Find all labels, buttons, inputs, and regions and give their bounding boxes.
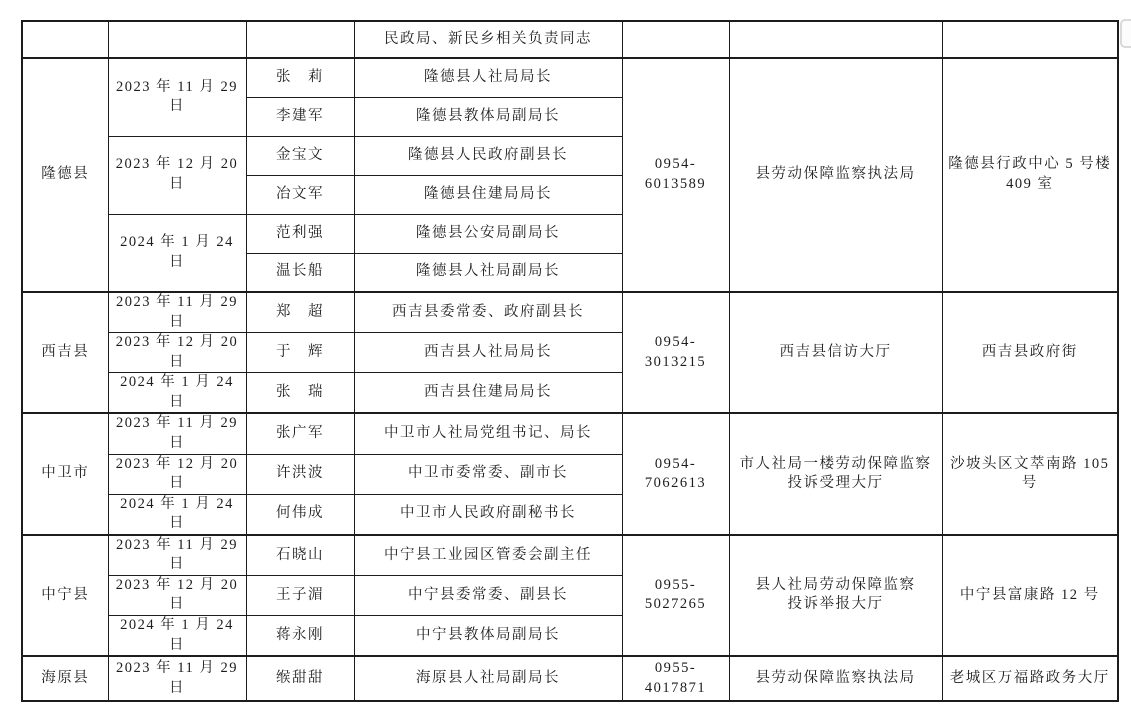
title-cell: 中宁县工业园区管委会副主任 [354,535,622,576]
title-cell: 隆德县人社局局长 [354,58,622,97]
title-cell: 西吉县住建局局长 [354,373,622,414]
date-cell: 2023 年 11 月 29 日 [108,413,246,454]
name-cell: 李建军 [246,97,354,136]
title-cell: 中卫市人民政府副秘书长 [354,494,622,535]
date-cell: 2024 年 1 月 24 日 [108,494,246,535]
date-cell [108,21,246,58]
title-cell: 中卫市人社局党组书记、局长 [354,413,622,454]
region-cell: 海原县 [22,656,108,701]
name-cell: 张 莉 [246,58,354,97]
name-cell: 何伟成 [246,494,354,535]
name-cell: 许洪波 [246,454,354,494]
address-cell: 隆德县行政中心 5 号楼 409 室 [942,58,1118,292]
title-cell: 中卫市委常委、副市长 [354,454,622,494]
region-cell: 隆德县 [22,58,108,292]
address-cell: 中宁县富康路 12 号 [942,535,1118,656]
region-cell [22,21,108,58]
address-cell: 沙坡头区文萃南路 105 号 [942,413,1118,534]
title-cell: 隆德县教体局副局长 [354,97,622,136]
name-cell: 张广军 [246,413,354,454]
date-cell: 2024 年 1 月 24 日 [108,214,246,292]
region-cell: 西吉县 [22,292,108,413]
phone-cell: 0955-4017871 [622,656,729,701]
name-cell: 范利强 [246,214,354,253]
location-cell: 西吉县信访大厅 [729,292,942,413]
location-cell [729,21,942,58]
document-page: 民政局、新民乡相关负责同志 隆德县 2023 年 11 月 29 日 张 莉 隆… [0,0,1131,706]
title-cell: 隆德县人社局副局长 [354,253,622,292]
region-cell: 中卫市 [22,413,108,534]
table-row: 隆德县 2023 年 11 月 29 日 张 莉 隆德县人社局局长 0954-6… [22,58,1118,97]
phone-cell: 0954-7062613 [622,413,729,534]
name-cell: 郑 超 [246,292,354,333]
phone-cell: 0954-3013215 [622,292,729,413]
scrollbar-thumb-fragment[interactable] [1120,19,1131,48]
table-row: 西吉县 2023 年 11 月 29 日 郑 超 西吉县委常委、政府副县长 09… [22,292,1118,333]
address-cell: 老城区万福路政务大厅 [942,656,1118,701]
title-cell: 海原县人社局副局长 [354,656,622,701]
date-cell: 2024 年 1 月 24 日 [108,616,246,657]
date-cell: 2023 年 12 月 20 日 [108,454,246,494]
region-cell: 中宁县 [22,535,108,656]
name-cell: 温长船 [246,253,354,292]
table-row: 中宁县 2023 年 11 月 29 日 石晓山 中宁县工业园区管委会副主任 0… [22,535,1118,576]
title-cell: 西吉县人社局局长 [354,333,622,373]
title-cell: 民政局、新民乡相关负责同志 [354,21,622,58]
name-cell: 张 瑞 [246,373,354,414]
name-cell [246,21,354,58]
name-cell: 于 辉 [246,333,354,373]
location-cell: 市人社局一楼劳动保障监察 投诉受理大厅 [729,413,942,534]
title-cell: 隆德县公安局副局长 [354,214,622,253]
title-cell: 西吉县委常委、政府副县长 [354,292,622,333]
date-cell: 2023 年 11 月 29 日 [108,535,246,576]
title-cell: 隆德县人民政府副县长 [354,136,622,175]
date-cell: 2023 年 11 月 29 日 [108,58,246,136]
date-cell: 2023 年 12 月 20 日 [108,575,246,615]
location-cell: 县人社局劳动保障监察 投诉举报大厅 [729,535,942,656]
name-cell: 石晓山 [246,535,354,576]
name-cell: 金宝文 [246,136,354,175]
date-cell: 2024 年 1 月 24 日 [108,373,246,414]
date-cell: 2023 年 11 月 29 日 [108,292,246,333]
address-cell: 西吉县政府街 [942,292,1118,413]
title-cell: 中宁县委常委、副县长 [354,575,622,615]
phone-cell: 0955-5027265 [622,535,729,656]
title-cell: 隆德县住建局局长 [354,175,622,214]
name-cell: 蒋永刚 [246,616,354,657]
name-cell: 王子湄 [246,575,354,615]
location-cell: 县劳动保障监察执法局 [729,58,942,292]
name-cell: 冶文军 [246,175,354,214]
date-cell: 2023 年 12 月 20 日 [108,136,246,214]
phone-cell [622,21,729,58]
phone-cell: 0954-6013589 [622,58,729,292]
reception-schedule-table: 民政局、新民乡相关负责同志 隆德县 2023 年 11 月 29 日 张 莉 隆… [21,20,1119,702]
location-cell: 县劳动保障监察执法局 [729,656,942,701]
date-cell: 2023 年 11 月 29 日 [108,656,246,701]
table-row: 中卫市 2023 年 11 月 29 日 张广军 中卫市人社局党组书记、局长 0… [22,413,1118,454]
table-row: 海原县 2023 年 11 月 29 日 缑甜甜 海原县人社局副局长 0955-… [22,656,1118,701]
title-cell: 中宁县教体局副局长 [354,616,622,657]
table-row: 民政局、新民乡相关负责同志 [22,21,1118,58]
name-cell: 缑甜甜 [246,656,354,701]
address-cell [942,21,1118,58]
date-cell: 2023 年 12 月 20 日 [108,333,246,373]
